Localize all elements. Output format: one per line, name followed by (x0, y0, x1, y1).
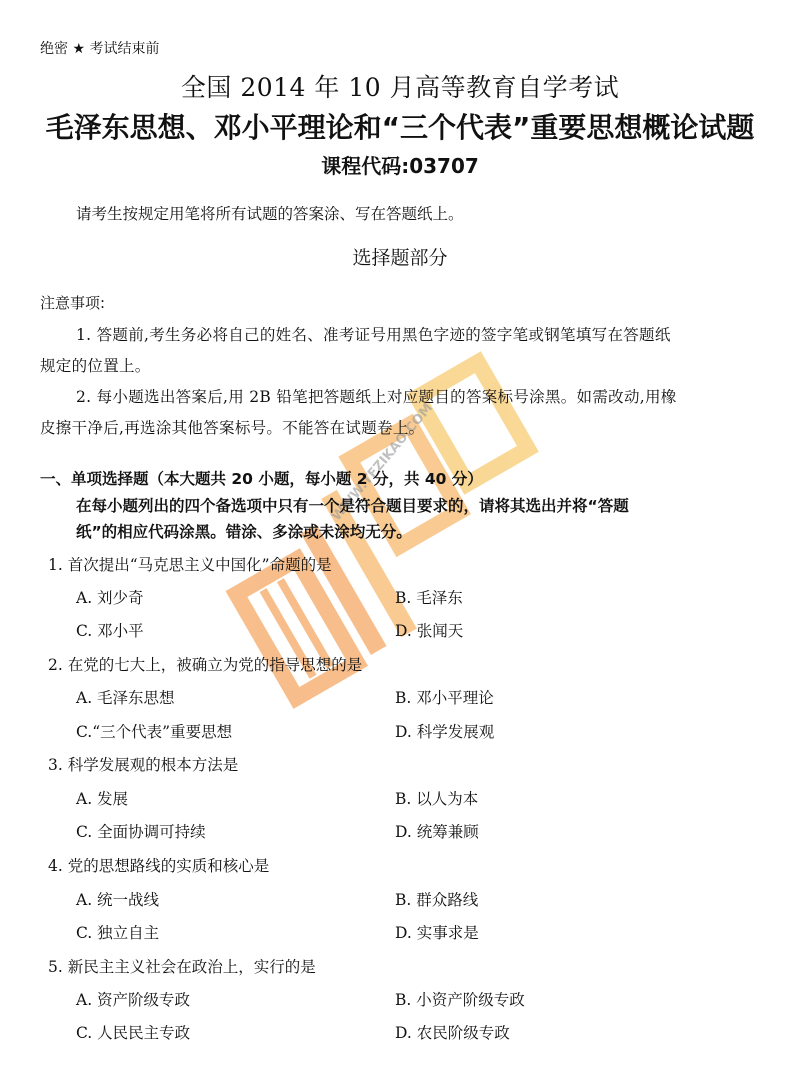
question-4-option-d: D. 实事求是 (395, 921, 479, 943)
exam-title: 全国 2014 年 10 月高等教育自学考试 (0, 68, 800, 104)
question-3-stem: 3. 科学发展观的根本方法是 (48, 753, 238, 775)
note-2-line-2: 皮擦干净后,再选涂其他答案标号。不能答在试题卷上。 (40, 416, 424, 438)
question-2-option-d: D. 科学发展观 (395, 720, 494, 742)
question-5-option-b: B. 小资产阶级专政 (395, 988, 525, 1010)
question-4-option-c: C. 独立自主 (76, 921, 159, 943)
question-4-stem: 4. 党的思想路线的实质和核心是 (48, 854, 269, 876)
question-3-option-d: D. 统筹兼顾 (395, 820, 479, 842)
question-1-option-a: A. 刘少奇 (76, 586, 144, 608)
question-1-option-c: C. 邓小平 (76, 619, 144, 641)
part-one-desc-line-1: 在每小题列出的四个备选项中只有一个是符合题目要求的，请将其选出并将“答题 (76, 494, 629, 516)
part-one-heading: 一、单项选择题（本大题共 20 小题，每小题 2 分，共 40 分） (40, 467, 483, 489)
question-2-option-c: C.“三个代表”重要思想 (76, 720, 232, 742)
note-1-line-1: 1. 答题前,考生务必将自己的姓名、准考证号用黑色字迹的签字笔或钢笔填写在答题纸 (76, 323, 671, 345)
notes-heading: 注意事项: (40, 292, 105, 313)
question-2-option-b: B. 邓小平理论 (395, 686, 494, 708)
question-3-option-a: A. 发展 (76, 787, 128, 809)
question-2-option-a: A. 毛泽东思想 (76, 686, 175, 708)
question-2-stem: 2. 在党的七大上，被确立为党的指导思想的是 (48, 653, 362, 675)
question-4-option-a: A. 统一战线 (76, 888, 159, 910)
note-2-line-1: 2. 每小题选出答案后,用 2B 铅笔把答题纸上对应题目的答案标号涂黑。如需改动… (76, 385, 677, 407)
instruction-text: 请考生按规定用笔将所有试题的答案涂、写在答题纸上。 (76, 202, 464, 224)
question-3-option-b: B. 以人为本 (395, 787, 478, 809)
question-5-option-c: C. 人民民主专政 (76, 1021, 190, 1043)
question-1-stem: 1. 首次提出“马克思主义中国化”命题的是 (48, 553, 332, 575)
question-5-stem: 5. 新民主主义社会在政治上，实行的是 (48, 955, 316, 977)
section-title: 选择题部分 (0, 243, 800, 270)
part-one-desc-line-2: 纸”的相应代码涂黑。错涂、多涂或未涂均无分。 (76, 520, 412, 542)
question-1-option-b: B. 毛泽东 (395, 586, 463, 608)
question-5-option-a: A. 资产阶级专政 (76, 988, 190, 1010)
question-3-option-c: C. 全面协调可持续 (76, 820, 206, 842)
paper-title: 毛泽东思想、邓小平理论和“三个代表”重要思想概论试题 (0, 106, 800, 146)
question-4-option-b: B. 群众路线 (395, 888, 478, 910)
question-5-option-d: D. 农民阶级专政 (395, 1021, 510, 1043)
confidential-label: 绝密 ★ 考试结束前 (40, 38, 159, 58)
question-1-option-d: D. 张闻天 (395, 619, 463, 641)
note-1-line-2: 规定的位置上。 (40, 354, 151, 376)
course-code: 课程代码:03707 (0, 150, 800, 179)
